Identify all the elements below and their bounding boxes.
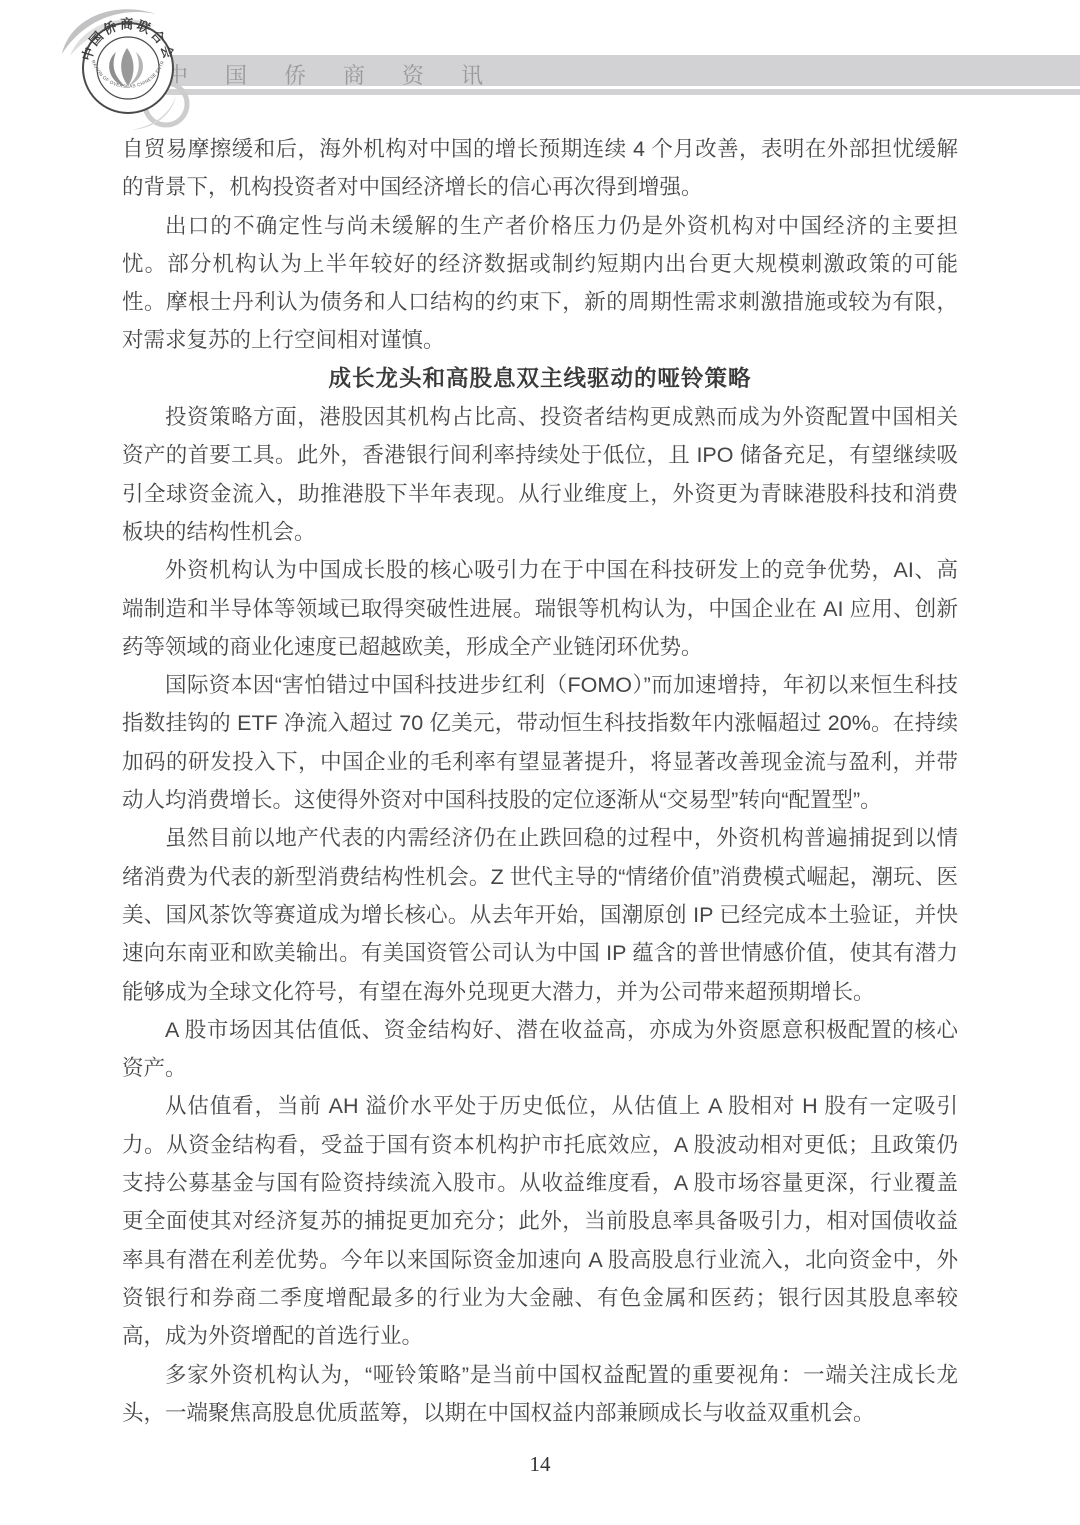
paragraph: 自贸易摩擦缓和后，海外机构对中国的增长预期连续 4 个月改善，表明在外部担忧缓解… — [122, 130, 958, 207]
paragraph: 虽然目前以地产代表的内需经济仍在止跌回稳的过程中，外资机构普遍捕捉到以情绪消费为… — [122, 819, 958, 1010]
masthead-bar: 中国侨商资讯 — [118, 55, 1080, 86]
article-blocks: 自贸易摩擦缓和后，海外机构对中国的增长预期连续 4 个月改善，表明在外部担忧缓解… — [122, 130, 958, 1432]
paragraph: A 股市场因其估值低、资金结构好、潜在收益高，亦成为外资愿意积极配置的核心资产。 — [122, 1011, 958, 1088]
org-logo: 中国侨商联合会 CHINA FEDERATION OF OVERSEAS CHI… — [44, 2, 208, 136]
article-body: 自贸易摩擦缓和后，海外机构对中国的增长预期连续 4 个月改善，表明在外部担忧缓解… — [122, 130, 958, 1432]
page-number: 14 — [0, 1452, 1080, 1477]
masthead-title: 中国侨商资讯 — [166, 59, 520, 90]
paragraph: 投资策略方面，港股因其机构占比高、投资者结构更成熟而成为外资配置中国相关资产的首… — [122, 398, 958, 551]
document-page: 中国侨商联合会 CHINA FEDERATION OF OVERSEAS CHI… — [0, 0, 1080, 1525]
masthead-rule-divider — [150, 89, 1080, 95]
paragraph: 多家外资机构认为，“哑铃策略”是当前中国权益配置的重要视角：一端关注成长龙头，一… — [122, 1356, 958, 1433]
paragraph: 出口的不确定性与尚未缓解的生产者价格压力仍是外资机构对中国经济的主要担忧。部分机… — [122, 207, 958, 360]
paragraph: 从估值看，当前 AH 溢价水平处于历史低位，从估值上 A 股相对 H 股有一定吸… — [122, 1087, 958, 1355]
org-seal-icon: 中国侨商联合会 CHINA FEDERATION OF OVERSEAS CHI… — [44, 2, 208, 136]
section-heading: 成长龙头和高股息双主线驱动的哑铃策略 — [122, 360, 958, 398]
paragraph: 外资机构认为中国成长股的核心吸引力在于中国在科技研发上的竞争优势，AI、高端制造… — [122, 551, 958, 666]
paragraph: 国际资本因“害怕错过中国科技进步红利（FOMO）”而加速增持，年初以来恒生科技指… — [122, 666, 958, 819]
